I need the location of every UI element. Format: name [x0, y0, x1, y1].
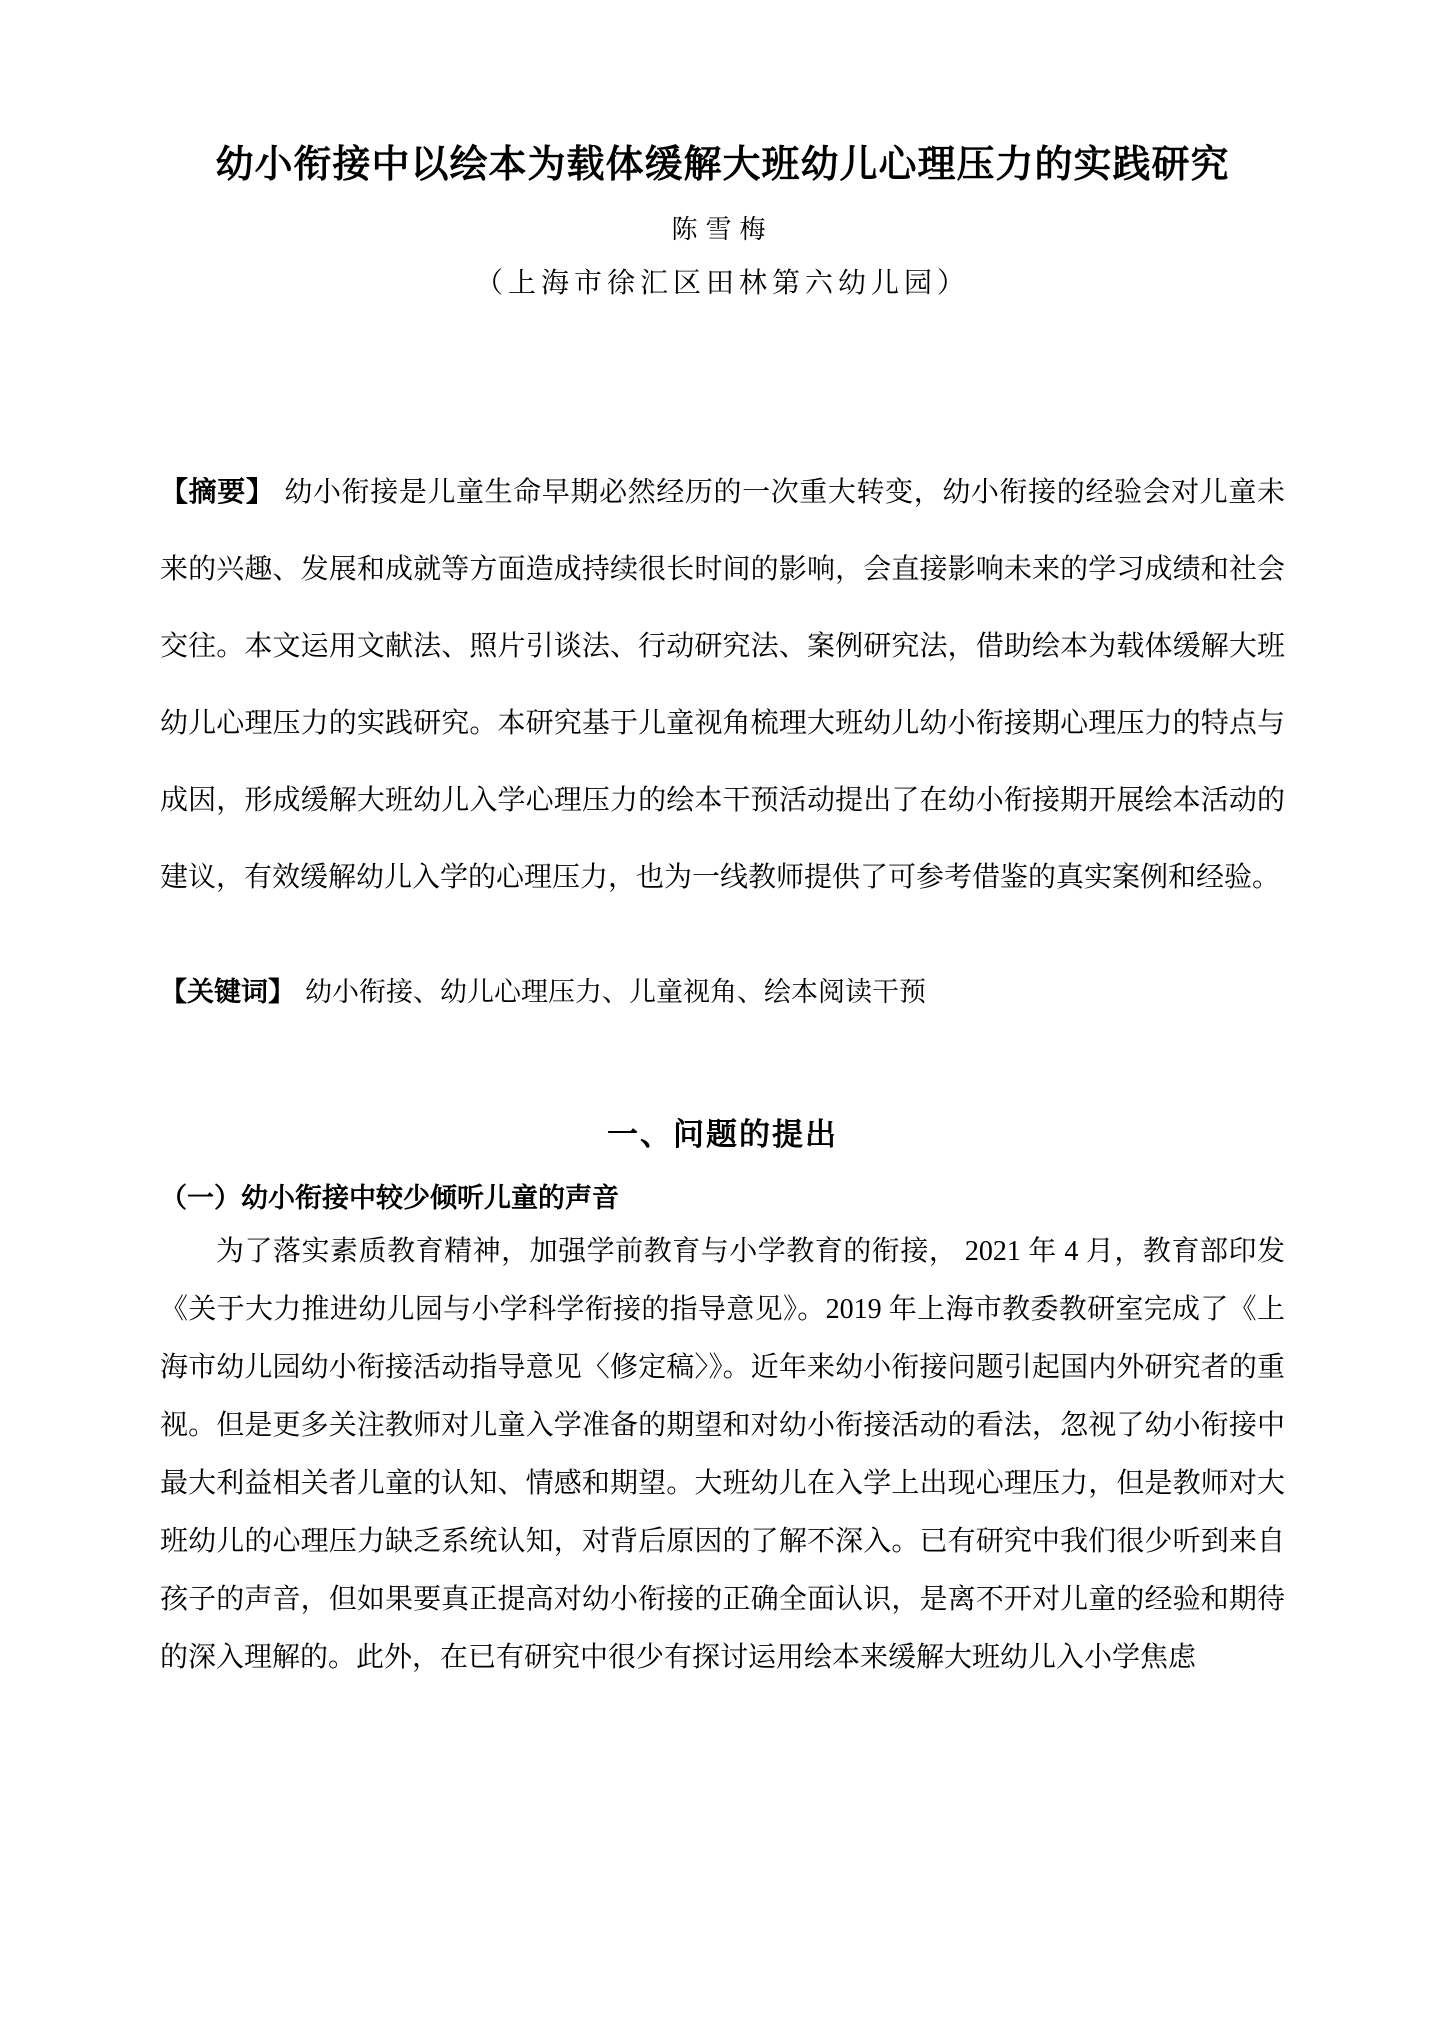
keywords-line: 【关键词】幼小衔接、幼儿心理压力、儿童视角、绘本阅读干预 — [160, 972, 1285, 1012]
abstract-text: 幼小衔接是儿童生命早期必然经历的一次重大转变，幼小衔接的经验会对儿童未来的兴趣、… — [160, 477, 1285, 893]
author-name: 陈雪梅 — [160, 212, 1285, 247]
section-heading-problem-statement: 一、问题的提出 — [160, 1117, 1285, 1153]
subsection-heading-listening-to-children: （一）幼小衔接中较少倾听儿童的声音 — [160, 1181, 1285, 1215]
keywords-label: 【关键词】 — [160, 977, 295, 1007]
paper-title: 幼小衔接中以绘本为载体缓解大班幼儿心理压力的实践研究 — [160, 140, 1285, 190]
document-page: 幼小衔接中以绘本为载体缓解大班幼儿心理压力的实践研究 陈雪梅 （上海市徐汇区田林… — [0, 0, 1438, 2034]
body-paragraph: 为了落实素质教育精神，加强学前教育与小学教育的衔接， 2021 年 4 月，教育… — [160, 1223, 1285, 1687]
abstract-paragraph: 【摘要】幼小衔接是儿童生命早期必然经历的一次重大转变，幼小衔接的经验会对儿童未来… — [160, 453, 1285, 916]
abstract-label: 【摘要】 — [160, 476, 274, 507]
author-affiliation: （上海市徐汇区田林第六幼儿园） — [160, 265, 1285, 303]
keywords-text: 幼小衔接、幼儿心理压力、儿童视角、绘本阅读干预 — [305, 977, 926, 1007]
